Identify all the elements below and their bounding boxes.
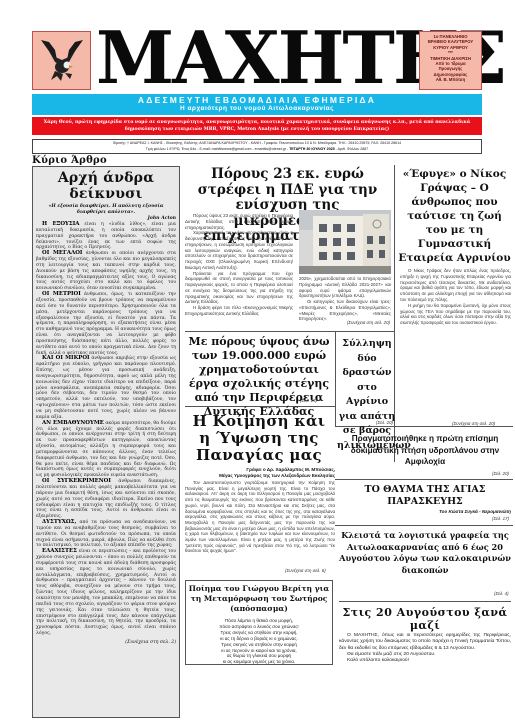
page-ref[interactable]: (Σελ. 4) xyxy=(494,591,509,596)
eagle-logo xyxy=(32,31,91,90)
editorial-quote: «Η εξουσία διαφθείρει. Η απόλυτη εξουσία… xyxy=(36,204,176,216)
paragraph: Ο Νίκος Γράψας δεν ήταν απλώς ένας πρόεδ… xyxy=(400,268,511,303)
paragraph: Η ΕΞΟΥΣΙΑ είναι η «λυδία λίθος», είναι μ… xyxy=(36,222,176,251)
dormition-article-body: Τον Δεκαπενταύγουστο γιορτάζουμε πανηγυρ… xyxy=(185,480,335,554)
paragraph: ΟΙ ΜΕΤΡΙΟΙ άνθρωποι, όμως, τι καταπιέζου… xyxy=(36,292,176,356)
paragraph: Ο ΜΑΧΗΤΗΣ, όπως και οι περισσότερες εφημ… xyxy=(339,633,511,652)
editorial-article: Αρχή άνδρα δείκνυσι «Η εξουσία διαφθείρε… xyxy=(32,166,180,718)
paragraph: ΕΛΑΧΙΣΤΕΣ είναι οι περιπτώσεις – και προ… xyxy=(36,549,176,637)
lead-article-body: Πόρους ύψους 23 εκατ. ευρώ στρέφει η Περ… xyxy=(185,213,293,317)
paragraph: Η μνήμη του θα παραμείνει ζωντανή, όχι μ… xyxy=(400,303,511,326)
grafas-article-title[interactable]: «Έφυγε» ο Νίκος Γράψας – Ο άνθρωπος που … xyxy=(396,167,513,265)
paragraph: Πρόκειται για ένα πρόγραμμα που έχει δια… xyxy=(185,271,293,306)
paragraph: Τον Δεκαπενταύγουστο γιορτάζουμε πανηγυρ… xyxy=(185,480,335,554)
eagle-icon xyxy=(37,36,87,86)
award-line: Αθ. Β. Μπότση xyxy=(420,77,481,82)
paragraph: Χαρακτηριστικό του νέου προγράμματος είν… xyxy=(185,230,293,270)
grafas-article-body: Ο Νίκος Γράψας δεν ήταν απλώς ένας πρόεδ… xyxy=(400,268,511,326)
publisher-info: Ιδρυτής: † ΑΝΔΡΕΑΣ Ι. ΚΑΝΗΣ - Ιδιοκτήτης… xyxy=(32,139,482,154)
building-photo-icon xyxy=(299,210,391,274)
paragraph: Καλό υπόλοιπο καλοκαιριού! xyxy=(339,658,511,664)
poem-line: κι ας κοιμάμαι γυμνός μες τα χιόνια. xyxy=(188,659,330,665)
paragraph: Πόρους ύψους 23 εκατ. ευρώ στρέφει η Περ… xyxy=(185,213,293,230)
subtagline: Η αρχαιότερη του νομού Αιτωλοακαρνανίας xyxy=(32,105,482,113)
paragraph: Η δράση φέρει τον τίτλο «Εκσυγχρονισμός … xyxy=(185,305,293,317)
page-ref[interactable]: (Σελ. 20) xyxy=(376,420,393,425)
issue-date: ΤΕΤΑΡΤΗ 30 ΙΟΥΛΙΟΥ 2025 xyxy=(289,147,335,151)
publication-break-title[interactable]: Στις 20 Αυγούστου ξανά μαζί xyxy=(337,606,513,632)
continued-link[interactable]: (Συνέχεια στη σελ. 6) xyxy=(285,568,326,573)
continued-link[interactable]: (Συνέχεια στη σελ. 20) xyxy=(320,320,390,325)
miracle-article-title[interactable]: ΤΟ ΘΑΥΜΑ ΤΗΣ ΑΓΙΑΣ ΠΑΡΑΣΚΕΥΗΣ xyxy=(337,484,513,508)
lead-article-body-continued: 2025», χρηματοδοτείται από το Επιχειρησι… xyxy=(299,276,391,322)
continued-link[interactable]: (Συνέχεια στη σελ. 20) xyxy=(452,421,495,426)
paragraph: ΔΥΣΤΥΧΩΣ, από τα πρόσωπα να αναδεικνύουν… xyxy=(36,520,176,549)
paragraph: ΚΑΙ ΟΙ ΜΙΚΡΟΙ άνθρωποι ακριβώς στην εξου… xyxy=(36,356,176,420)
paragraph: ΟΙ ΜΕΓΑΛΟΙ άνθρωποι οι οποίοι ανέρχονται… xyxy=(36,251,176,292)
divider xyxy=(185,331,395,332)
divider xyxy=(335,525,513,526)
paragraph: Οι κατηγορίες των δικαιούχων είναι τρεις… xyxy=(299,299,391,322)
poem-box: Ποίημα του Γιώργου Βερίτη για τη Μεταμόρ… xyxy=(185,580,333,665)
readership-banner: Χάρη Θεού, πρώτη εφημερίδα στο νομό σε α… xyxy=(32,117,482,135)
newspaper-title: ΜΑΧΗΤΗΣ xyxy=(96,22,353,94)
poem-title[interactable]: Ποίημα του Γιώργου Βερίτη για τη Μεταμόρ… xyxy=(188,584,330,614)
continued-link[interactable]: (Συνέχεια στη σελ. 2) xyxy=(36,639,176,646)
article-author: Του Κώστα Συγκά - Νερομανιώτη xyxy=(337,509,511,515)
paragraph: ΑΝ ΕΜΒΑΘΥΝΟΥΜΕ ακόμα περισσότερο, θα διο… xyxy=(36,421,176,479)
offices-article-title[interactable]: Κλειστά τα λογιστικά γραφεία της Αιτωλοα… xyxy=(337,530,513,576)
dormition-article-title[interactable]: Η Κοίμηση και η Ύψωση της Παναγίας μας xyxy=(185,413,333,464)
article-author: Γράφει ο Δρ. Χαράλαμπος Μ. Μπούσιας, Μέγ… xyxy=(185,467,335,479)
issue-line: Τιμή φύλλου 1 ΕΥΡΩ, Έτος 64ο - E-mail: m… xyxy=(33,147,481,153)
tagline: ΑΔΕΣΜΕΥΤΗ ΕΒΔΟΜΑΔΙΑΙΑ ΕΦΗΜΕΡΙΔΑ xyxy=(32,94,482,105)
editorial-title[interactable]: Αρχή άνδρα δείκνυσι xyxy=(36,170,176,202)
publication-break-body: Ο ΜΑΧΗΤΗΣ, όπως και οι περισσότερες εφημ… xyxy=(339,633,511,664)
divider xyxy=(335,479,513,480)
tagline-band: ΑΔΕΣΜΕΥΤΗ ΕΒΔΟΜΑΔΙΑΙΑ ΕΦΗΜΕΡΙΔΑ Η αρχαιό… xyxy=(32,94,482,115)
schools-article-title[interactable]: Με πόρους ύψους άνω των 19.000.000 ευρώ … xyxy=(185,335,333,419)
editorial-body: Η ΕΞΟΥΣΙΑ είναι η «λυδία λίθος», είναι μ… xyxy=(36,222,176,637)
seaplane-article-title[interactable]: Πραγματοποιήθηκε η πρώτη επίσημη δοκιμασ… xyxy=(337,433,513,468)
award-badge: 1ο ΠΑΝΕΛΛΗΝΙΟ ΒΡΑΒΕΙΟ ΚΑΛΥΤΕΡΟΥ ΚΥΡΙΟΥ Α… xyxy=(419,31,482,90)
poem-body: Πόσο λάμπει η θεϊκιά σου μορφή, πόσο αστ… xyxy=(188,618,330,665)
section-label: Κύριο Άρθρο xyxy=(32,155,107,166)
page-ref[interactable]: (Σελ. 20) xyxy=(492,471,509,476)
divider xyxy=(335,331,336,427)
divider xyxy=(339,601,511,602)
paragraph: ΟΙ ΣΥΓΚΕΚΡΙΜΕΝΟΙ άνθρωποι διακαρένες, πο… xyxy=(36,479,176,520)
page-ref[interactable]: (Σελ. 17) xyxy=(492,516,509,521)
paragraph: 2025», χρηματοδοτείται από το Επιχειρησι… xyxy=(299,276,391,299)
page-ref[interactable]: (Σελ. 15) xyxy=(300,398,317,403)
building-photo xyxy=(299,210,391,274)
